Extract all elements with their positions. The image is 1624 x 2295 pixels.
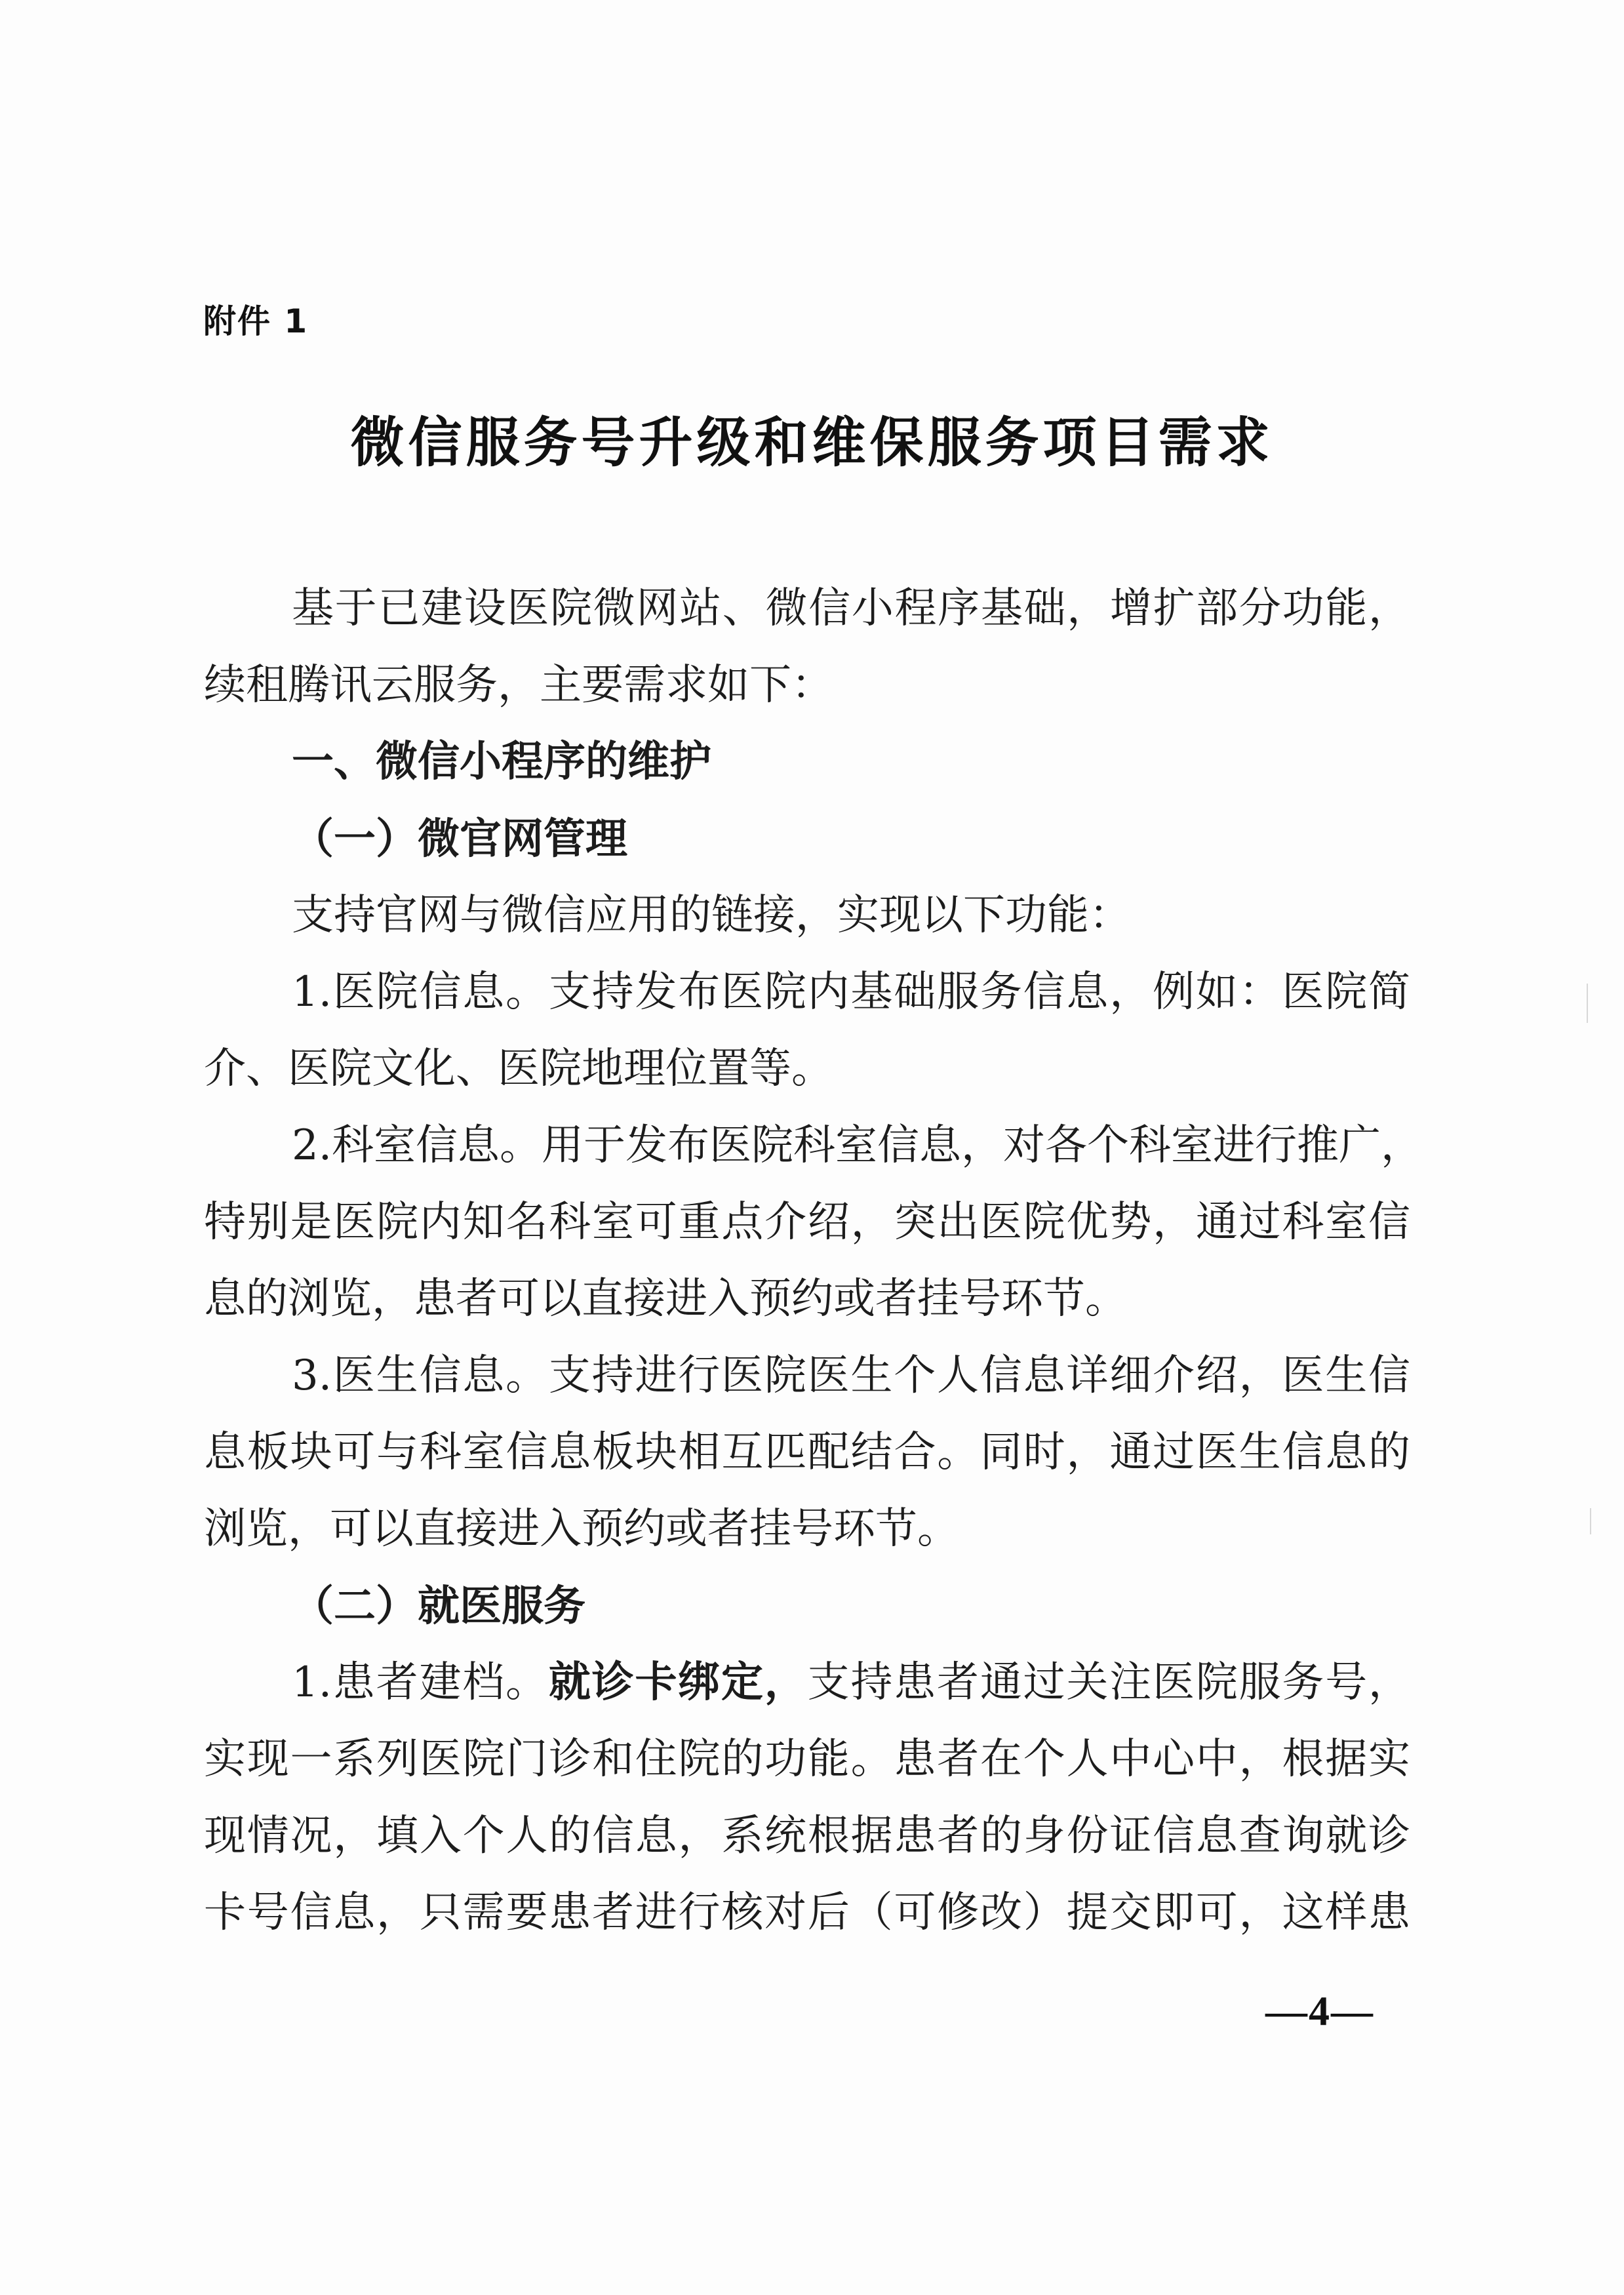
- patient-record-line-4: 卡号信息，只需要患者进行核对后（可修改）提交即可，这样患: [204, 1875, 1410, 1951]
- intro-paragraph-line-2: 续租腾讯云服务，主要需求如下：: [204, 647, 1410, 724]
- subsection-heading-2: （二）就医服务: [204, 1568, 1410, 1645]
- document-title: 微信服务号升级和维保服务项目需求: [0, 400, 1624, 477]
- document-body: 基于已建设医院微网站、微信小程序基础，增扩部分功能， 续租腾讯云服务，主要需求如…: [204, 570, 1410, 1951]
- patient-record-line-2: 实现一系列医院门诊和住院的功能。患者在个人中心中，根据实: [204, 1721, 1410, 1798]
- patient-record-prefix: 1.患者建档。: [292, 1658, 549, 1707]
- scan-artifact: [1587, 984, 1588, 1023]
- department-info-line-1: 2.科室信息。用于发布医院科室信息，对各个科室进行推广，: [204, 1108, 1410, 1184]
- subsection-intro-line: 支持官网与微信应用的链接，实现以下功能：: [204, 877, 1410, 954]
- attachment-label: 附件 1: [203, 295, 308, 342]
- page-number: —4—: [1265, 1987, 1374, 2035]
- card-binding-emphasis: 就诊卡绑定，: [549, 1658, 808, 1707]
- hospital-info-line-2: 介、医院文化、医院地理位置等。: [204, 1031, 1410, 1108]
- hospital-info-line-1: 1.医院信息。支持发布医院内基础服务信息，例如：医院简: [204, 954, 1410, 1031]
- department-info-line-3: 息的浏览，患者可以直接进入预约或者挂号环节。: [204, 1261, 1410, 1338]
- doctor-info-line-3: 浏览，可以直接进入预约或者挂号环节。: [204, 1491, 1410, 1568]
- doctor-info-line-1: 3.医生信息。支持进行医院医生个人信息详细介绍，医生信: [204, 1338, 1410, 1414]
- department-info-line-2: 特别是医院内知名科室可重点介绍，突出医院优势，通过科室信: [204, 1184, 1410, 1261]
- patient-record-line-1: 1.患者建档。就诊卡绑定，支持患者通过关注医院服务号，: [204, 1645, 1410, 1721]
- scan-artifact: [1590, 1508, 1591, 1534]
- patient-record-line-3: 现情况，填入个人的信息，系统根据患者的身份证信息查询就诊: [204, 1798, 1410, 1875]
- patient-record-suffix: 支持患者通过关注医院服务号，: [808, 1658, 1410, 1707]
- section-heading-1: 一、微信小程序的维护: [204, 724, 1410, 801]
- subsection-heading-1: （一）微官网管理: [204, 801, 1410, 877]
- doctor-info-line-2: 息板块可与科室信息板块相互匹配结合。同时，通过医生信息的: [204, 1414, 1410, 1491]
- document-page: 附件 1 微信服务号升级和维保服务项目需求 基于已建设医院微网站、微信小程序基础…: [0, 0, 1624, 2295]
- intro-paragraph-line-1: 基于已建设医院微网站、微信小程序基础，增扩部分功能，: [204, 570, 1410, 647]
